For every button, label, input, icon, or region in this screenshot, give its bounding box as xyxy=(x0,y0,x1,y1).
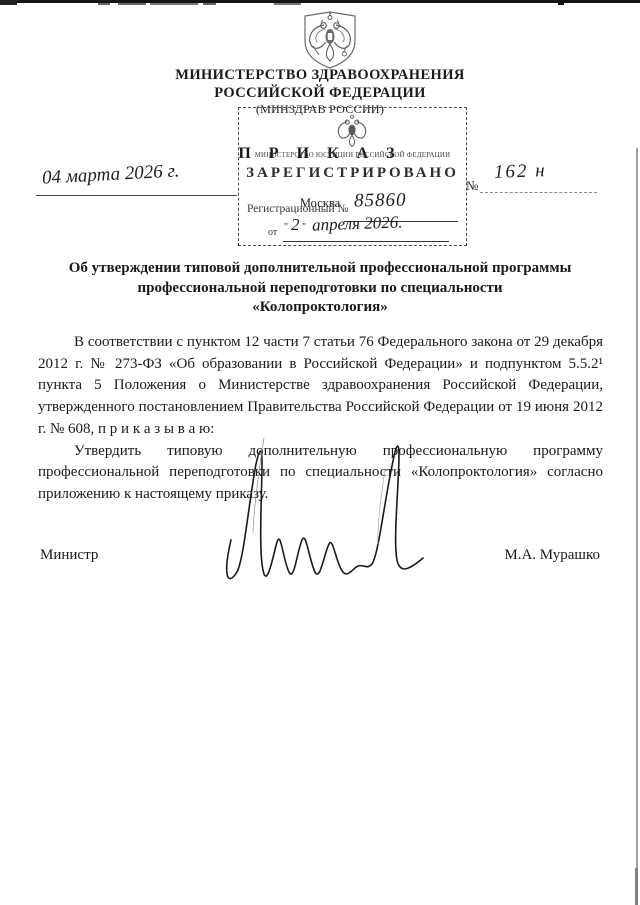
scan-mark xyxy=(558,1,564,5)
order-title: Об утверждении типовой дополнительной пр… xyxy=(0,259,640,318)
stamp-open-quote: " xyxy=(284,222,288,233)
handwritten-date: 04 марта 2026 г. xyxy=(42,160,180,189)
scan-mark xyxy=(150,3,198,5)
number-underline xyxy=(480,192,597,193)
signature-icon xyxy=(216,436,428,598)
signer-name: М.А. Мурашко xyxy=(504,547,600,564)
order-title-line3: «Колопроктология» xyxy=(0,298,640,318)
coat-of-arms-icon xyxy=(298,11,362,69)
stamp-date-day-handwritten: 2 xyxy=(291,215,300,235)
ministry-name-line1: МИНИСТЕРСТВО ЗДРАВООХРАНЕНИЯ xyxy=(0,67,640,84)
stamp-authority: МИНИСТЕРСТВО ЮСТИЦИИ РОССИЙСКОЙ ФЕДЕРАЦИ… xyxy=(239,152,466,159)
scan-right-edge xyxy=(636,148,638,868)
stamp-date-underline xyxy=(283,241,449,242)
scan-mark xyxy=(98,3,110,5)
registration-stamp: МИНИСТЕРСТВО ЮСТИЦИИ РОССИЙСКОЙ ФЕДЕРАЦИ… xyxy=(238,107,467,246)
scan-top-edge xyxy=(0,0,640,3)
scan-mark xyxy=(274,3,301,5)
stamp-reg-number-handwritten: 85860 xyxy=(354,190,407,213)
stamp-emblem-icon xyxy=(333,112,371,149)
signer-position: Министр xyxy=(40,547,98,564)
stamp-reg-number-label: Регистрационный № xyxy=(247,203,348,215)
scan-mark xyxy=(203,3,216,5)
scan-mark xyxy=(118,3,146,5)
scanned-order-document: МИНИСТЕРСТВО ЗДРАВООХРАНЕНИЯ РОССИЙСКОЙ … xyxy=(0,0,640,905)
order-title-line2: профессиональной переподготовки по специ… xyxy=(0,279,640,299)
stamp-registered-label: ЗАРЕГИСТРИРОВАНО xyxy=(239,165,466,182)
stamp-date-handwritten: апреля 2026. xyxy=(312,212,403,235)
number-label: № xyxy=(466,178,478,194)
ministry-name-line2: РОССИЙСКОЙ ФЕДЕРАЦИИ xyxy=(0,85,640,102)
order-title-line1: Об утверждении типовой дополнительной пр… xyxy=(0,259,640,279)
scan-mark xyxy=(0,0,17,5)
stamp-date-prefix: от xyxy=(268,227,277,238)
stamp-close-quote: " xyxy=(302,222,306,233)
scan-right-edge xyxy=(635,868,638,905)
handwritten-number: 162 н xyxy=(494,160,547,184)
order-paragraph-preamble: В соответствии с пунктом 12 части 7 стат… xyxy=(38,332,603,441)
